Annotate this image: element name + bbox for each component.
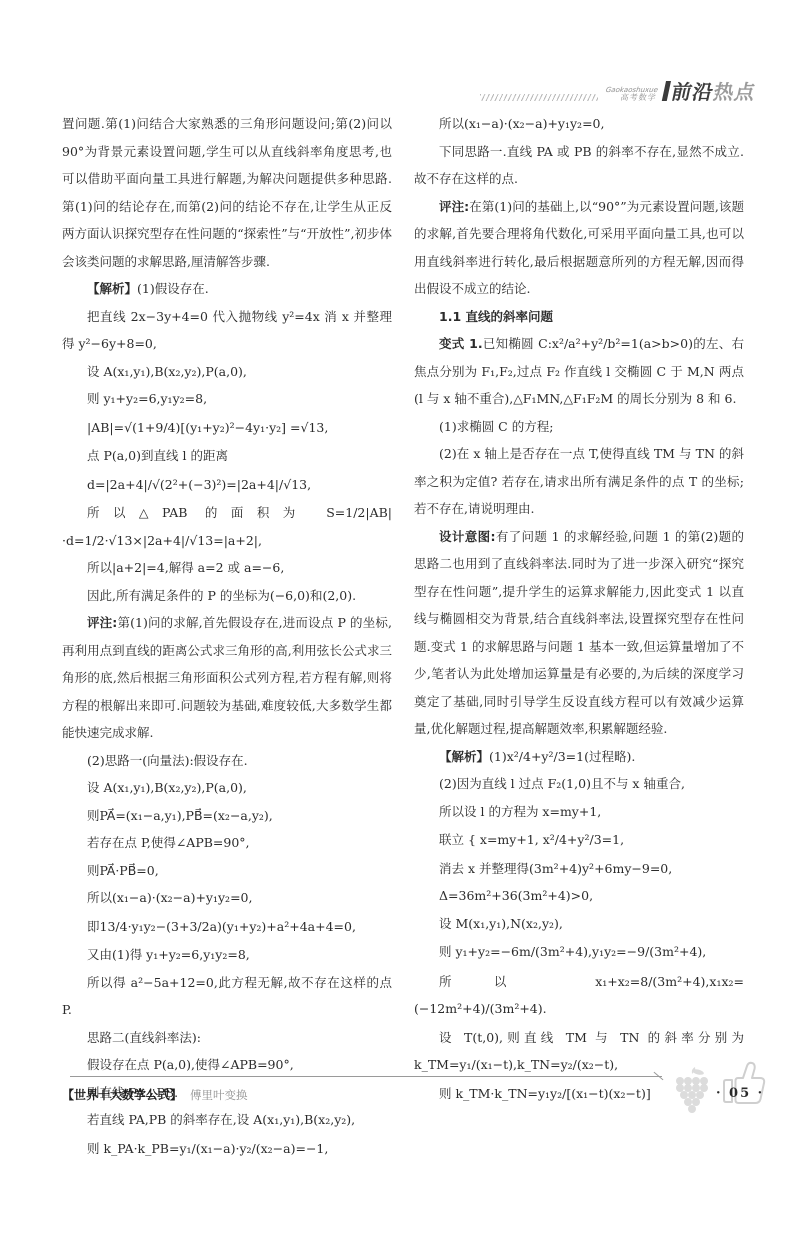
footer-series-subtitle: 傅里叶变换 — [190, 1087, 248, 1103]
paragraph: 设 A(x₁,y₁),B(x₂,y₂),P(a,0), — [62, 358, 392, 386]
section-title-bold: 前沿 — [669, 76, 717, 105]
footer-series-title: 【世界十大数学公式】 — [62, 1086, 182, 1103]
paragraph: 假设存在点 P(a,0),使得∠APB=90°, — [62, 1051, 392, 1079]
section-title-light: 热点 — [711, 76, 759, 105]
paragraph: 评注:第(1)问的求解,首先假设存在,进而设点 P 的坐标,再利用点到直线的距离… — [62, 609, 392, 747]
paragraph: 把直线 2x−3y+4=0 代入抛物线 y²=4x 消 x 并整理得 y²−6y… — [62, 303, 392, 358]
paragraph: 则PA⃗·PB⃗=0, — [62, 857, 392, 885]
page-header: Gaokaoshuxue 高考数学 前沿 热点 — [480, 76, 756, 105]
formula-line: d=|2a+4|/√(2²+(−3)²)=|2a+4|/√13, — [62, 470, 392, 500]
formula-line: 则 y₁+y₂=−6m/(3m²+4),y₁y₂=−9/(3m²+4), — [414, 937, 744, 967]
paragraph: 置问题.第(1)问结合大家熟悉的三角形问题设问;第(2)问以90°为背景元素设置… — [62, 110, 392, 275]
paragraph: (2)思路一(向量法):假设存在. — [62, 747, 392, 775]
page: Gaokaoshuxue 高考数学 前沿 热点 置问题.第(1)问结合大家熟悉的… — [0, 0, 800, 1244]
paragraph: 设 A(x₁,y₁),B(x₂,y₂),P(a,0), — [62, 774, 392, 802]
paragraph: 思路二(直线斜率法): — [62, 1024, 392, 1052]
paragraph: 所以(x₁−a)·(x₂−a)+y₁y₂=0, — [414, 110, 744, 138]
paragraph: 点 P(a,0)到直线 l 的距离 — [62, 442, 392, 470]
thumbs-up-icon — [718, 1058, 766, 1112]
paragraph: 因此,所有满足条件的 P 的坐标为(−6,0)和(2,0). — [62, 582, 392, 610]
paragraph: 消去 x 并整理得(3m²+4)y²+6my−9=0, — [414, 855, 744, 883]
grape-icon — [672, 1066, 712, 1116]
sub-heading: 1.1 直线的斜率问题 — [414, 303, 744, 331]
page-number-badge: · 05 · — [672, 1058, 782, 1118]
paragraph: 则PA⃗=(x₁−a,y₁),PB⃗=(x₂−a,y₂), — [62, 802, 392, 830]
paragraph: 【解析】(1)x²/4+y²/3=1(过程略). — [414, 743, 744, 771]
brand-block: Gaokaoshuxue 高考数学 — [604, 87, 659, 103]
left-column: 置问题.第(1)问结合大家熟悉的三角形问题设问;第(2)问以90°为背景元素设置… — [62, 110, 392, 1163]
paragraph: 所以得 a²−5a+12=0,此方程无解,故不存在这样的点 P. — [62, 969, 392, 1024]
paragraph: 若直线 PA,PB 的斜率存在,设 A(x₁,y₁),B(x₂,y₂), — [62, 1106, 392, 1134]
paragraph: (2)因为直线 l 过点 F₂(1,0)且不与 x 轴重合, — [414, 770, 744, 798]
paragraph: 变式 1.已知椭圆 C:x²/a²+y²/b²=1(a>b>0)的左、右焦点分别… — [414, 330, 744, 413]
paragraph: 则 y₁+y₂=6,y₁y₂=8, — [62, 385, 392, 413]
section-title: 前沿 热点 — [661, 76, 759, 105]
paragraph: 设计意图:有了问题 1 的求解经验,问题 1 的第(2)题的思路二也用到了直线斜… — [414, 523, 744, 743]
paragraph: Δ=36m²+36(3m²+4)>0, — [414, 882, 744, 910]
footer-series: 【世界十大数学公式】 傅里叶变换 — [62, 1086, 248, 1103]
formula-line: 所以 x₁+x₂=8/(3m²+4),x₁x₂=(−12m²+4)/(3m²+4… — [414, 967, 744, 1024]
paragraph: 所以|a+2|=4,解得 a=2 或 a=−6, — [62, 554, 392, 582]
footer-rule — [70, 1076, 662, 1077]
formula-line: 则 k_PA·k_PB=y₁/(x₁−a)·y₂/(x₂−a)=−1, — [62, 1134, 392, 1164]
paragraph: 所以△PAB 的面积为 S=1/2|AB|·d=1/2·√13×|2a+4|/√… — [62, 499, 392, 554]
formula-line: |AB|=√(1+9/4)[(y₁+y₂)²−4y₁·y₂] =√13, — [62, 413, 392, 443]
paragraph: 所以设 l 的方程为 x=my+1, — [414, 798, 744, 826]
right-column: 所以(x₁−a)·(x₂−a)+y₁y₂=0,下同思路一.直线 PA 或 PB … — [414, 110, 744, 1163]
content-columns: 置问题.第(1)问结合大家熟悉的三角形问题设问;第(2)问以90°为背景元素设置… — [62, 110, 744, 1163]
brand-name-cn: 高考数学 — [620, 95, 657, 103]
paragraph: (2)在 x 轴上是否存在一点 T,使得直线 TM 与 TN 的斜率之积为定值?… — [414, 440, 744, 523]
paragraph: 下同思路一.直线 PA 或 PB 的斜率不存在,显然不成立.故不存在这样的点. — [414, 138, 744, 193]
paragraph: 又由(1)得 y₁+y₂=6,y₁y₂=8, — [62, 941, 392, 969]
paragraph: 评注:在第(1)问的基础上,以“90°”为元素设置问题,该题的求解,首先要合理将… — [414, 193, 744, 303]
paragraph: 所以(x₁−a)·(x₂−a)+y₁y₂=0, — [62, 884, 392, 912]
page-number: · 05 · — [716, 1086, 764, 1101]
paragraph: 若存在点 P,使得∠APB=90°, — [62, 829, 392, 857]
formula-line: 即13/4·y₁y₂−(3+3/2a)(y₁+y₂)+a²+4a+4=0, — [62, 912, 392, 942]
formula-line: 联立 { x=my+1, x²/4+y²/3=1, — [414, 825, 744, 855]
hatch-pattern-icon — [480, 94, 598, 101]
paragraph: 设 M(x₁,y₁),N(x₂,y₂), — [414, 910, 744, 938]
paragraph: 【解析】(1)假设存在. — [62, 275, 392, 303]
paragraph: (1)求椭圆 C 的方程; — [414, 413, 744, 441]
